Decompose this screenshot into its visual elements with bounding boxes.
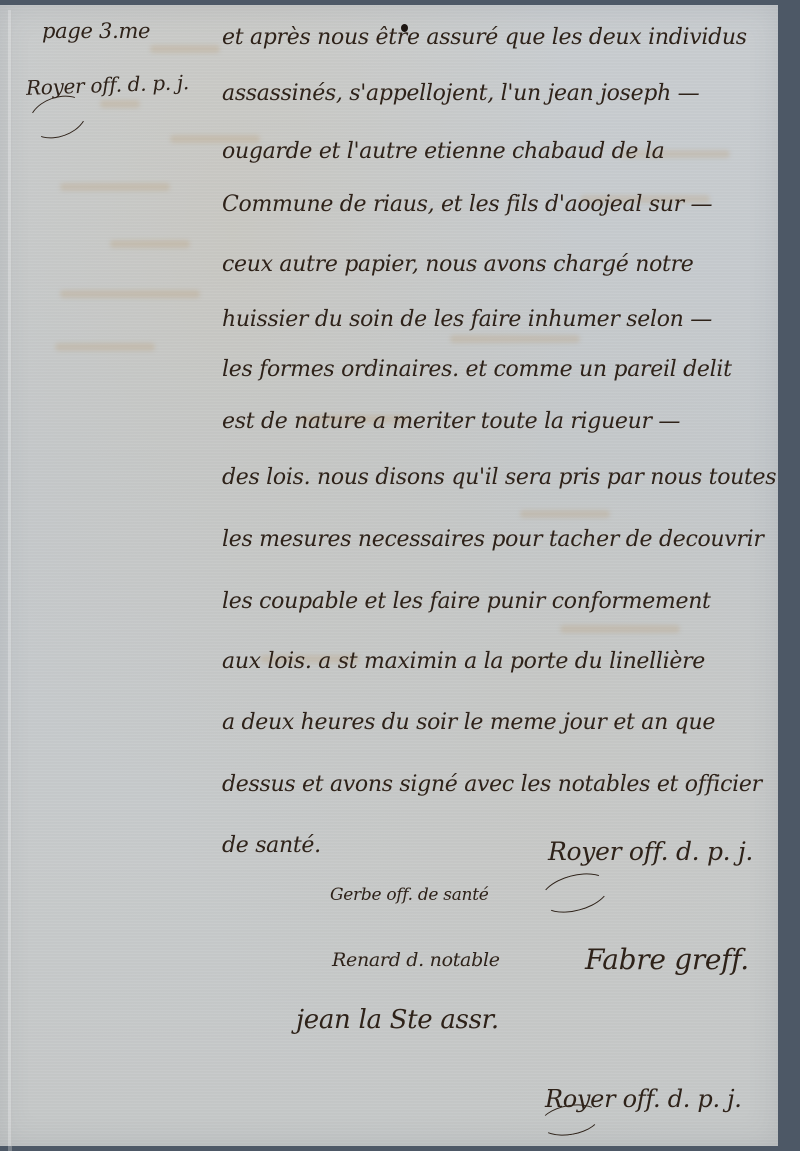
text-line: dessus et avons signé avec les notables … xyxy=(222,772,762,797)
text-line: a deux heures du soir le meme jour et an… xyxy=(222,710,715,735)
manuscript-page: page 3.me Royer off. d. p. j. et après n… xyxy=(0,5,778,1146)
signature-fabre: Fabre greff. xyxy=(585,943,749,976)
signature-gerbe: Gerbe off. de santé xyxy=(330,885,488,905)
text-line: aux lois. a st maximin a la porte du lin… xyxy=(222,649,705,674)
page-number-label: page 3.me xyxy=(42,19,150,43)
signature-renard: Renard d. notable xyxy=(332,949,500,971)
text-line: des lois. nous disons qu'il sera pris pa… xyxy=(222,465,776,490)
text-line: est de nature a meriter toute la rigueur… xyxy=(222,409,680,434)
margin-signature: Royer off. d. p. j. xyxy=(26,70,190,100)
text-line: Commune de riaus, et les fils d'aoojeal … xyxy=(222,192,712,217)
text-line: assassinés, s'appellojent, l'un jean jos… xyxy=(222,81,699,106)
signature-royer-1: Royer off. d. p. j. xyxy=(548,837,753,866)
text-line: les formes ordinaires. et comme un parei… xyxy=(222,357,732,382)
text-line: les mesures necessaires pour tacher de d… xyxy=(222,527,764,552)
text-line: ougarde et l'autre etienne chabaud de la xyxy=(222,139,664,164)
paper-fold xyxy=(8,10,12,1151)
text-line: de santé. xyxy=(222,833,321,858)
text-line: et après nous être assuré que les deux i… xyxy=(222,25,747,50)
text-line: ceux autre papier, nous avons chargé not… xyxy=(222,252,694,277)
text-line: les coupable et les faire punir conforme… xyxy=(222,589,711,614)
text-line: huissier du soin de les faire inhumer se… xyxy=(222,307,712,332)
signature-jean: jean la Ste assr. xyxy=(296,1005,499,1035)
signature-flourish xyxy=(537,867,614,920)
scan-background: page 3.me Royer off. d. p. j. et après n… xyxy=(0,0,800,1151)
